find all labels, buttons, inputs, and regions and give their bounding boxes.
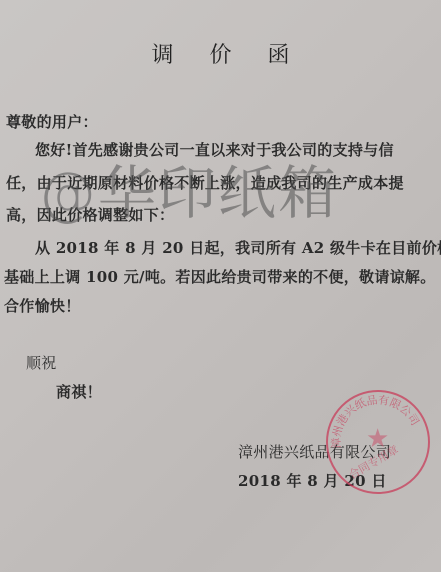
scanned-letter: 调价函 尊敬的用户： 您好!首先感谢贵公司一直以来对于我公司的支持与信 任，由于… <box>0 0 441 572</box>
closing-wish: 商祺！ <box>56 381 102 402</box>
watermark-text: @华印纸箱 <box>38 146 338 230</box>
company-seal: 漳州港兴纸品有限公司 ★ 合同专用章 <box>326 390 430 494</box>
paragraph-line-4: 从 2018 年 8 月 20 日起，我司所有 A2 级牛卡在目前价格 <box>35 237 441 258</box>
document-title: 调价函 <box>0 38 441 69</box>
salutation: 尊敬的用户： <box>6 111 98 132</box>
paragraph-line-5: 基础上上调 100 元/吨。若因此给贵司带来的不便，敬请谅解。 <box>4 266 436 287</box>
closing-greeting: 顺祝 <box>26 352 57 373</box>
paragraph-line-6: 合作愉快！ <box>4 295 81 316</box>
